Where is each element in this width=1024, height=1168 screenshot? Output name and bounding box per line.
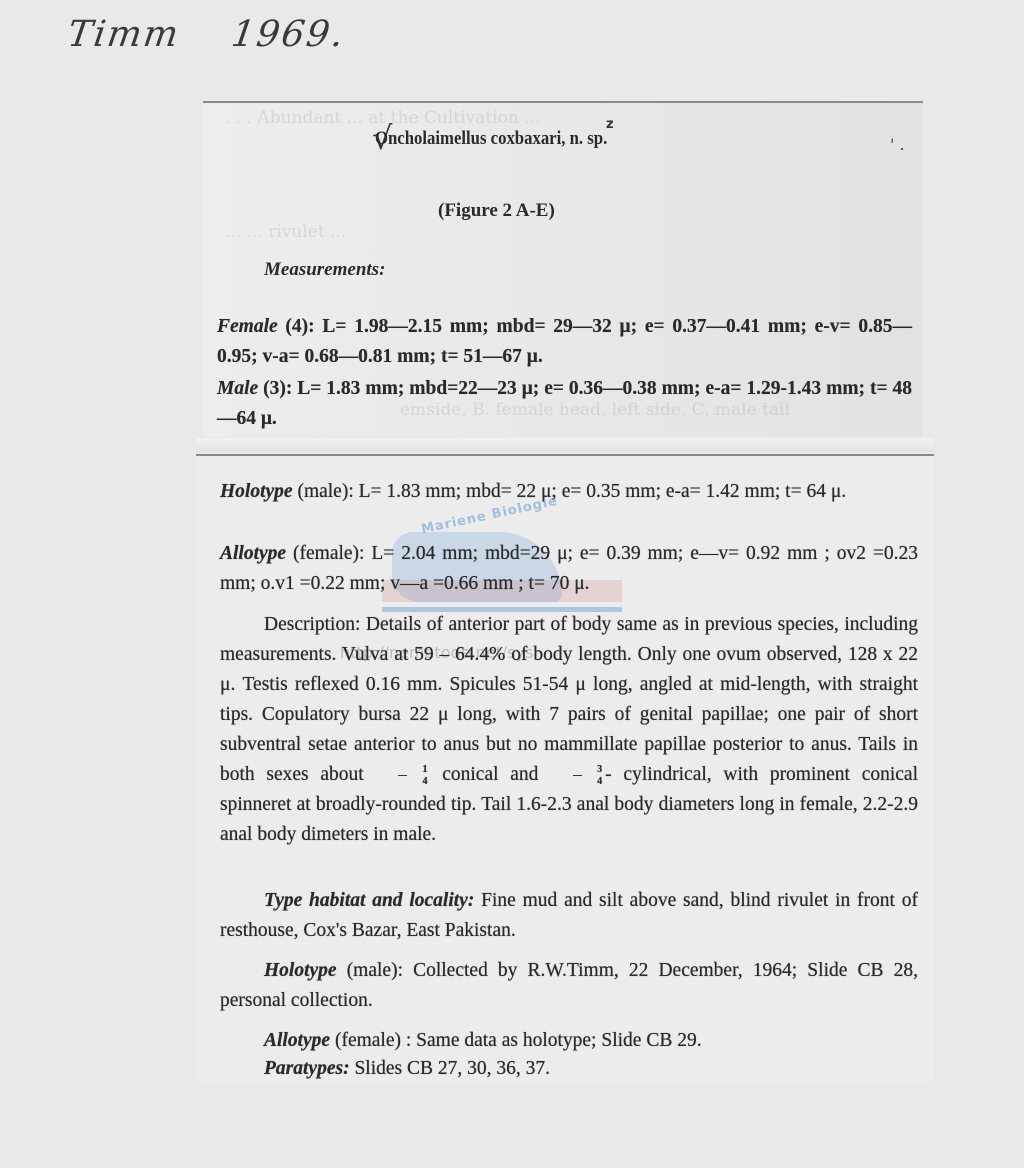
holotype-collection: Holotype (male): Collected by R.W.Timm, … [220, 956, 918, 1016]
allotype-collection-label: Allotype [264, 1030, 330, 1051]
handwritten-citation: Timm1969. [65, 14, 348, 55]
description-text: Description: Details of anterior part of… [220, 614, 918, 785]
allotype-label: Allotype [220, 543, 286, 564]
holotype-text: (male): L= 1.83 mm; mbd= 22 μ; e= 0.35 m… [297, 481, 846, 502]
female-measurements-text: (4): L= 1.98—2.15 mm; mbd= 29—32 μ; e= 0… [217, 316, 912, 367]
holotype-measurements: Holotype (male): L= 1.83 mm; mbd= 22 μ; … [220, 477, 918, 507]
fraction-one-quarter: 14 [378, 765, 427, 786]
female-measurements: Female (4): L= 1.98—2.15 mm; mbd= 29—32 … [217, 312, 912, 372]
female-label: Female [217, 316, 278, 337]
male-label: Male [217, 378, 258, 399]
male-measurements: Male (3): L= 1.83 mm; mbd=22—23 μ; e= 0.… [217, 374, 912, 434]
handwritten-year: 1969. [229, 14, 348, 55]
paratypes-label: Paratypes: [264, 1058, 350, 1079]
stray-marks: ' . [890, 135, 905, 154]
habitat-paragraph: Type habitat and locality: Fine mud and … [220, 886, 918, 946]
paratypes-line: Paratypes: Slides CB 27, 30, 36, 37. [264, 1054, 924, 1084]
allotype-collection: Allotype (female) : Same data as holotyp… [264, 1026, 924, 1056]
male-measurements-text: (3): L= 1.83 mm; mbd=22—23 μ; e= 0.36—0.… [217, 378, 912, 429]
description-text-mid: conical and [442, 764, 538, 785]
clipping-gap [196, 438, 934, 452]
handwritten-author: Timm [65, 14, 183, 55]
species-title: Oncholaimellus coxbaxari, n. sp. [375, 128, 607, 150]
allotype-measurements: Allotype (female): L= 2.04 mm; mbd=29 μ;… [220, 539, 918, 599]
holotype-collection-label: Holotype [264, 960, 337, 981]
habitat-label: Type habitat and locality: [264, 890, 474, 911]
measurements-heading: Measurements: [264, 259, 385, 281]
allotype-text: (female): L= 2.04 mm; mbd=29 μ; e= 0.39 … [220, 543, 918, 594]
figure-reference: (Figure 2 A-E) [438, 200, 555, 222]
fraction-three-quarters: 34 [553, 765, 602, 786]
holotype-label: Holotype [220, 481, 293, 502]
description-paragraph: Description: Details of anterior part of… [220, 610, 918, 850]
paratypes-text: Slides CB 27, 30, 36, 37. [354, 1058, 550, 1079]
allotype-collection-text: (female) : Same data as holotype; Slide … [335, 1030, 702, 1051]
